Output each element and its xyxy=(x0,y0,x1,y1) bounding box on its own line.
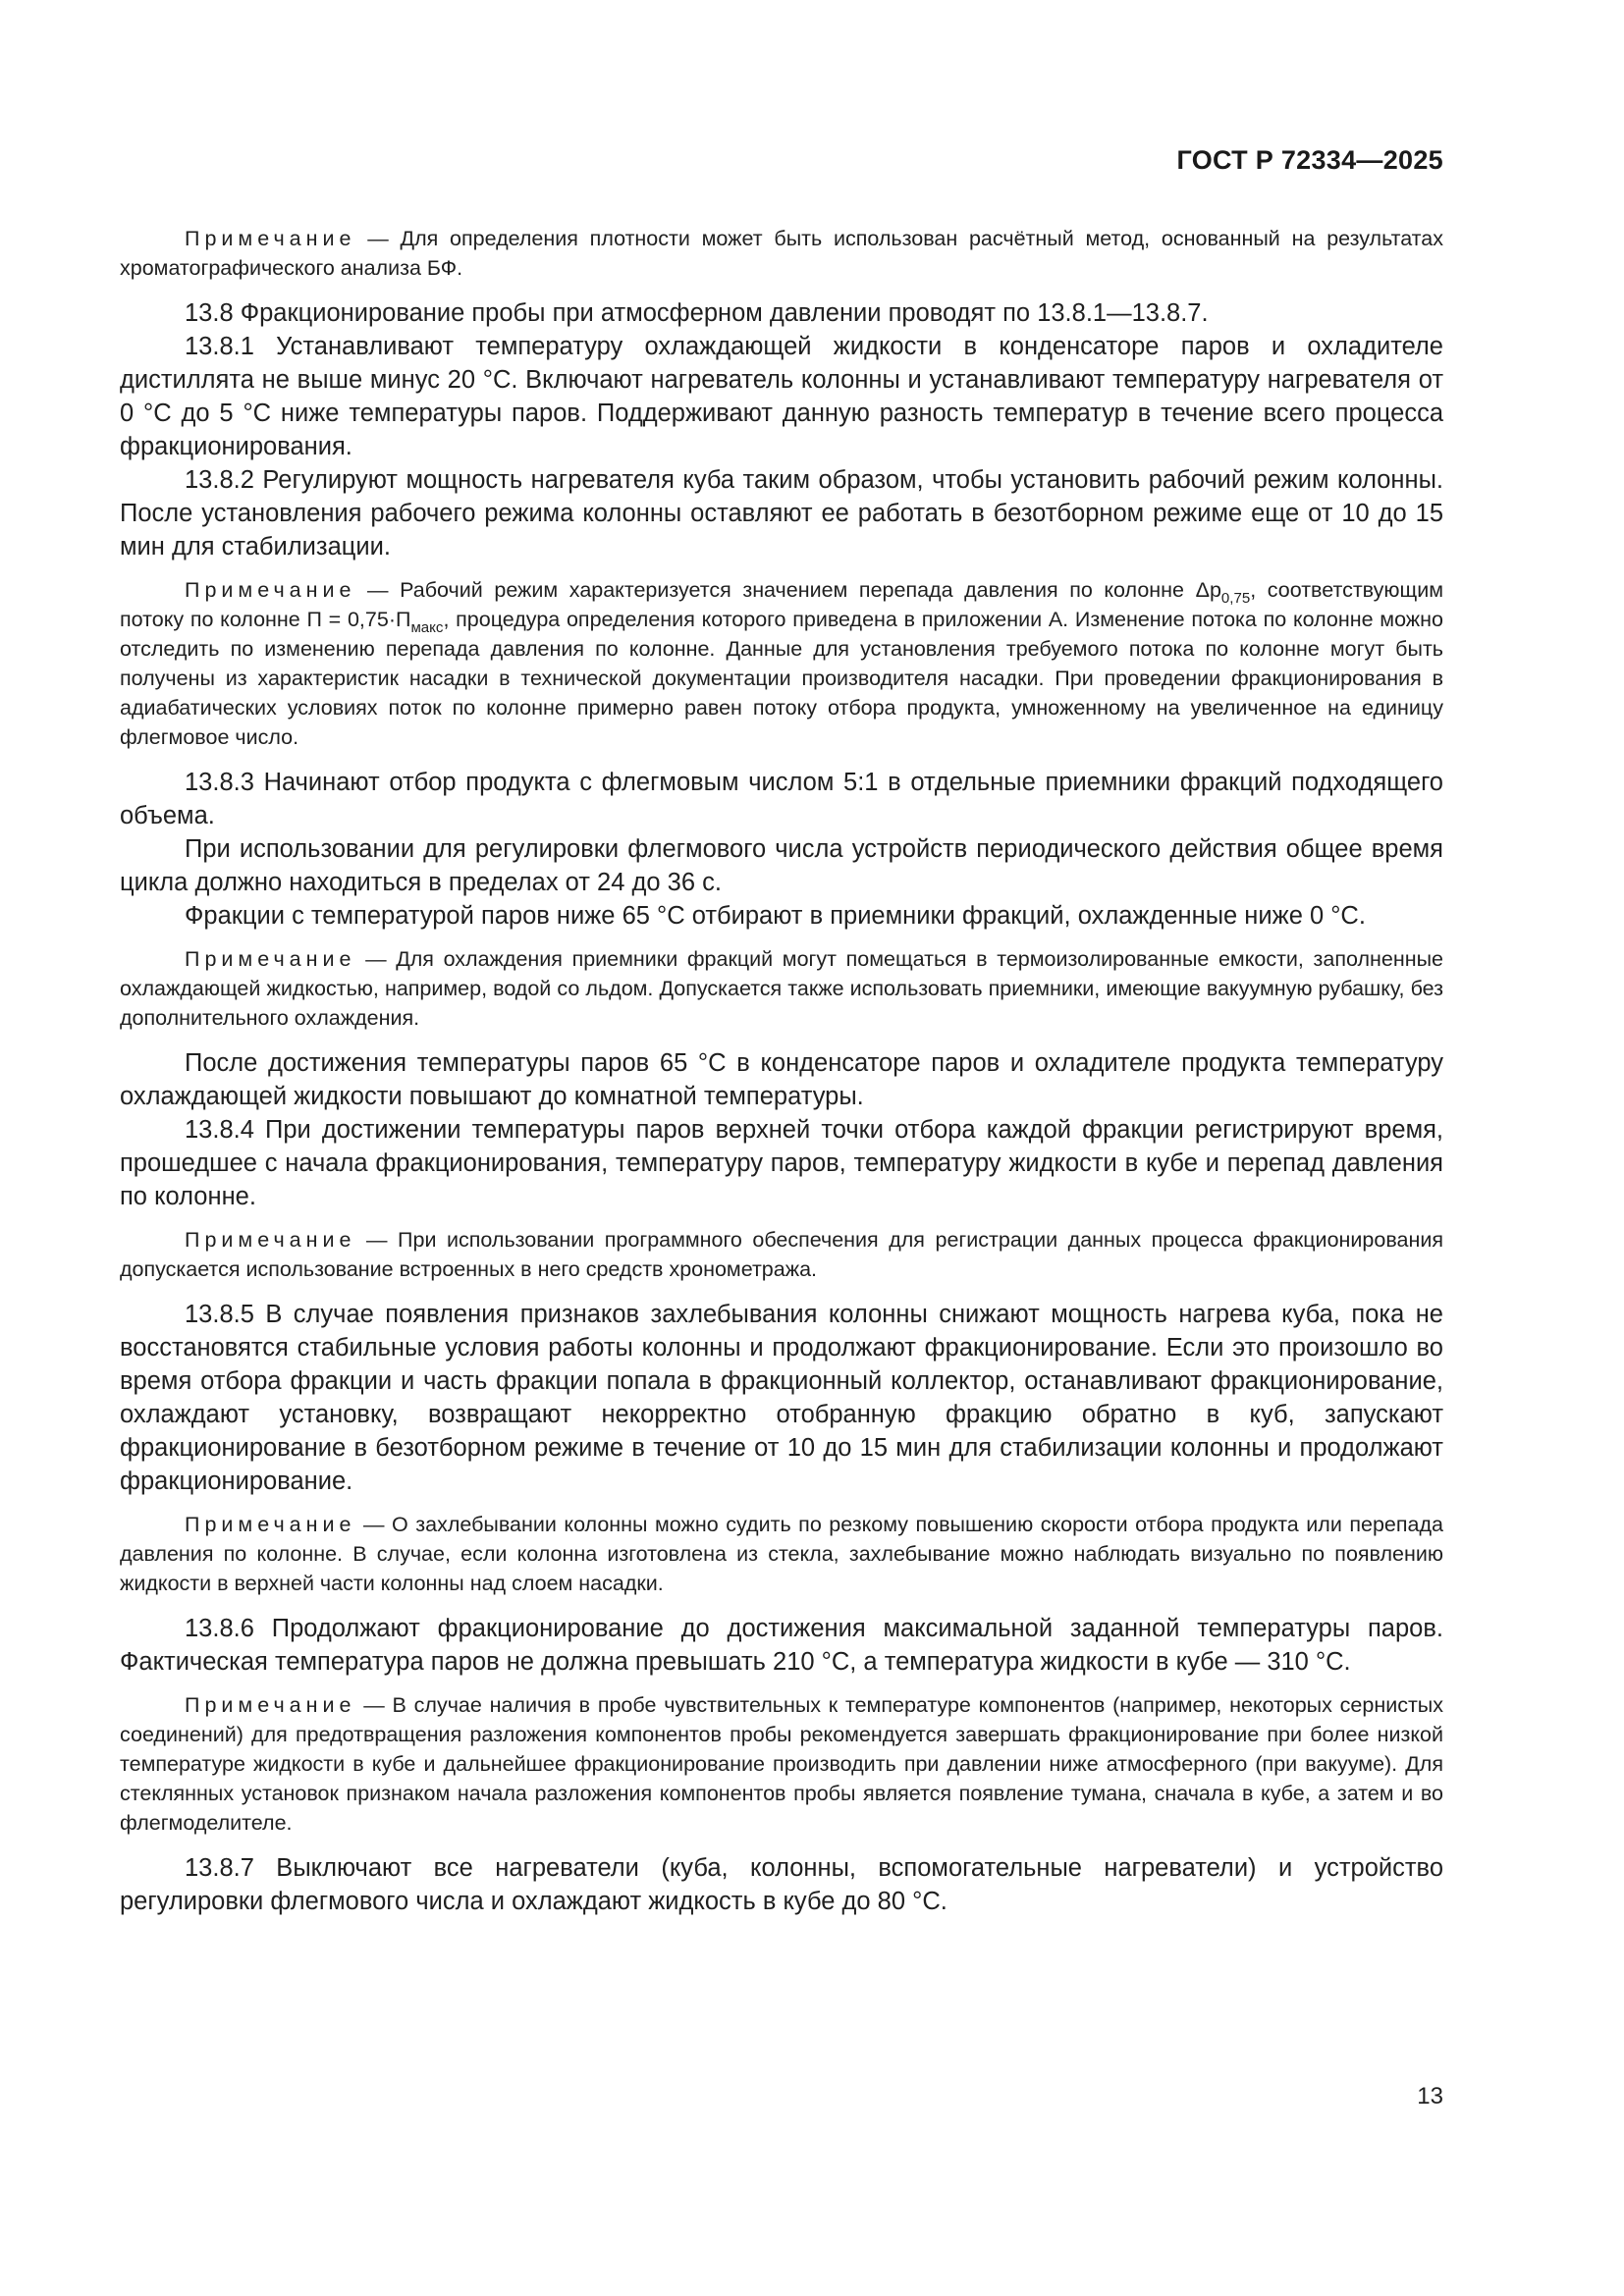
section-13-8-4: 13.8.4 При достижении температуры паров … xyxy=(120,1113,1443,1213)
note-density-method: Примечание — Для определения плотности м… xyxy=(120,224,1443,283)
section-13-8-7: 13.8.7 Выключают все нагреватели (куба, … xyxy=(120,1851,1443,1918)
subscript-0-75: 0,75 xyxy=(1221,590,1250,607)
note-text-part1: Рабочий режим характеризуется значением … xyxy=(400,578,1221,602)
note-label: Примечание xyxy=(185,227,355,250)
document-code-header: ГОСТ Р 72334—2025 xyxy=(1176,145,1443,176)
note-receiver-cooling: Примечание — Для охлаждения приемники фр… xyxy=(120,944,1443,1033)
paragraph-fractions-below-65: Фракции с температурой паров ниже 65 °С … xyxy=(120,899,1443,933)
note-software-timing: Примечание — При использовании программн… xyxy=(120,1225,1443,1284)
note-label: Примечание xyxy=(185,947,355,971)
section-13-8-6: 13.8.6 Продолжают фракционирование до до… xyxy=(120,1612,1443,1679)
note-label: Примечание xyxy=(185,1693,355,1717)
subscript-maks: макс xyxy=(410,619,443,636)
paragraph-after-65: После достижения температуры паров 65 °С… xyxy=(120,1046,1443,1113)
section-13-8-3: 13.8.3 Начинают отбор продукта с флегмов… xyxy=(120,766,1443,832)
section-13-8-1: 13.8.1 Устанавливают температуру охлажда… xyxy=(120,330,1443,463)
note-label: Примечание xyxy=(185,1228,355,1252)
paragraph-cycle-time: При использовании для регулировки флегмо… xyxy=(120,832,1443,899)
note-flooding: Примечание — О захлебывании колонны можн… xyxy=(120,1510,1443,1598)
note-label: Примечание xyxy=(185,578,355,602)
section-13-8-2: 13.8.2 Регулируют мощность нагревателя к… xyxy=(120,463,1443,563)
note-operating-mode: Примечание — Рабочий режим характеризует… xyxy=(120,575,1443,752)
note-sensitive-components: Примечание — В случае наличия в пробе чу… xyxy=(120,1690,1443,1838)
note-label: Примечание xyxy=(185,1513,355,1536)
section-13-8: 13.8 Фракционирование пробы при атмосфер… xyxy=(120,296,1443,330)
section-13-8-5: 13.8.5 В случае появления признаков захл… xyxy=(120,1298,1443,1498)
document-body: Примечание — Для определения плотности м… xyxy=(120,224,1443,1918)
page-number: 13 xyxy=(1417,2083,1443,2110)
